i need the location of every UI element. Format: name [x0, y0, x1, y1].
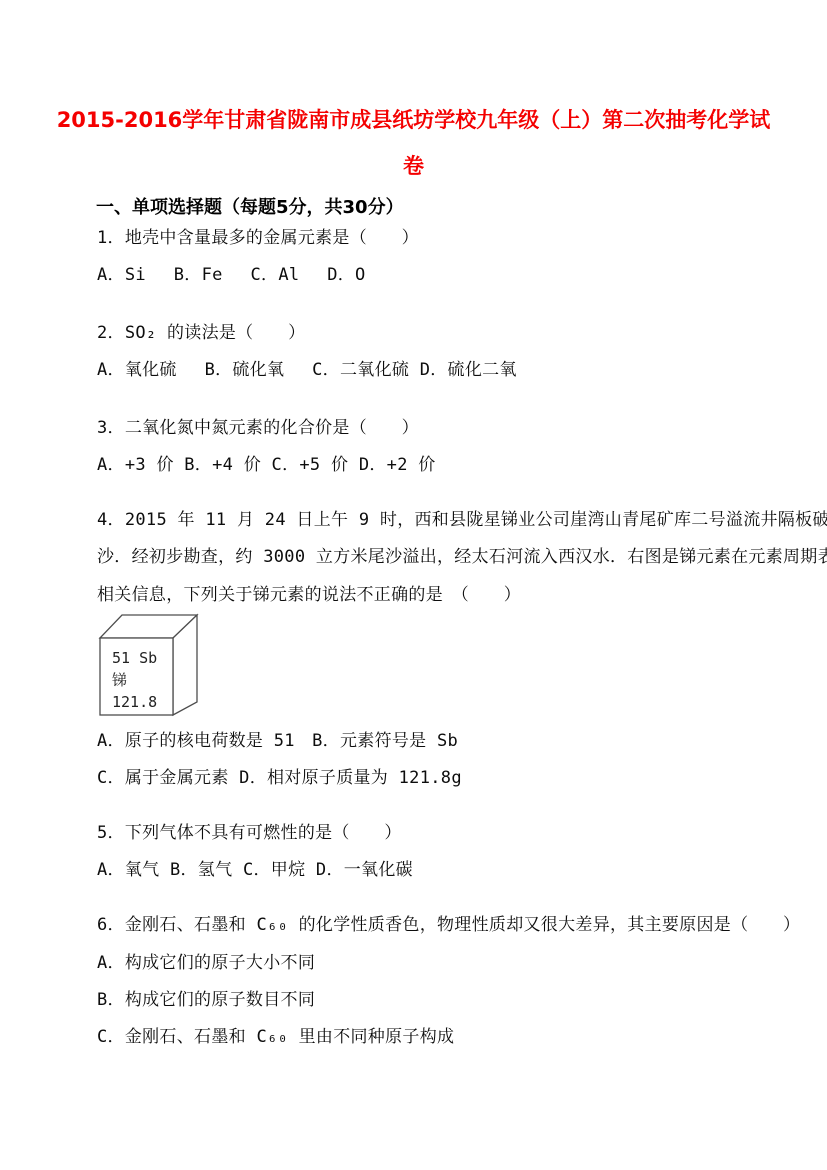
- question-5-stem: 5．下列气体不具有可燃性的是（ ）: [97, 823, 402, 843]
- question-6-option-c: C．金刚石、石墨和 C₆₀ 里由不同种原子构成: [97, 1027, 454, 1047]
- exam-paper-page: 2015-2016学年甘肃省陇南市成县纸坊学校九年级（上）第二次抽考化学试 卷 …: [0, 0, 827, 1170]
- question-5-options: A．氧气 B．氢气 C．甲烷 D．一氧化碳: [97, 860, 413, 880]
- question-3-options: A．+3 价 B．+4 价 C．+5 价 D．+2 价: [97, 455, 436, 475]
- question-4-options-cd: C．属于金属元素 D．相对原子质量为 121.8g: [97, 768, 462, 788]
- periodic-table-element-cell: 51 Sb 锑 121.8: [97, 612, 201, 718]
- element-cell-text: 51 Sb 锑 121.8: [112, 647, 157, 713]
- question-2-options: A．氧化硫 B．硫化氧 C．二氧化硫 D．硫化二氧: [97, 360, 517, 380]
- document-title-line1: 2015-2016学年甘肃省陇南市成县纸坊学校九年级（上）第二次抽考化学试: [0, 97, 827, 143]
- question-4-stem-line3: 相关信息，下列关于锑元素的说法不正确的是 （ ）: [97, 585, 521, 605]
- document-title: 2015-2016学年甘肃省陇南市成县纸坊学校九年级（上）第二次抽考化学试 卷: [0, 97, 827, 189]
- question-3-stem: 3．二氧化氮中氮元素的化合价是（ ）: [97, 418, 419, 438]
- question-1-stem: 1．地壳中含量最多的金属元素是（ ）: [97, 228, 419, 248]
- element-name: 锑: [112, 669, 157, 691]
- question-4-options-ab: A．原子的核电荷数是 51 B．元素符号是 Sb: [97, 731, 458, 751]
- element-atomic-number-symbol: 51 Sb: [112, 647, 157, 669]
- question-6-option-b: B．构成它们的原子数目不同: [97, 990, 315, 1010]
- section-1-heading: 一、单项选择题（每题5分，共30分）: [96, 193, 404, 219]
- document-title-line2: 卷: [0, 143, 827, 189]
- element-atomic-mass: 121.8: [112, 691, 157, 713]
- question-6-stem: 6．金刚石、石墨和 C₆₀ 的化学性质香色，物理性质却又很大差异，其主要原因是（…: [97, 915, 800, 935]
- question-1-options: A．Si B．Fe C．Al D．O: [97, 265, 366, 285]
- question-2-stem: 2．SO₂ 的读法是（ ）: [97, 323, 305, 343]
- question-6-option-a: A．构成它们的原子大小不同: [97, 953, 315, 973]
- question-4-stem-line2: 沙．经初步勘查，约 3000 立方米尾沙溢出，经太石河流入西汉水．右图是锑元素在…: [97, 547, 827, 567]
- question-4-stem-line1: 4．2015 年 11 月 24 日上午 9 时，西和县陇星锑业公司崖湾山青尾矿…: [97, 510, 827, 530]
